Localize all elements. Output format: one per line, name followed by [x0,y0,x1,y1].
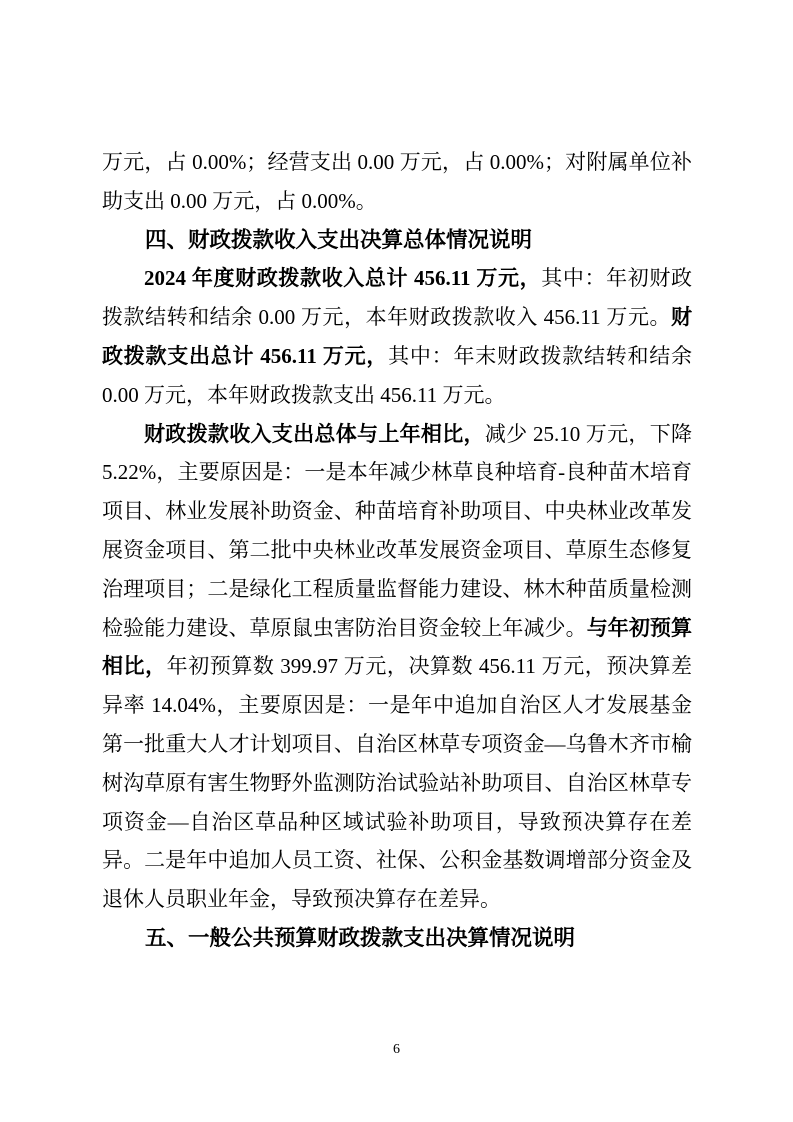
vs-last-year-bold-run: 财政拨款收入支出总体与上年相比， [144,422,485,446]
vs-budget-detail-run: 年初预算数 399.97 万元，决算数 456.11 万元，预决算差异率 14.… [102,654,692,911]
document-page: 万元，占 0.00%；经营支出 0.00 万元，占 0.00%；对附属单位补助支… [0,0,793,1122]
document-content: 万元，占 0.00%；经营支出 0.00 万元，占 0.00%；对附属单位补助支… [102,143,692,958]
carryover-text: 万元，占 0.00%；经营支出 0.00 万元，占 0.00%；对附属单位补助支… [102,150,692,213]
page-number: 6 [0,1042,793,1058]
heading-section-5: 五、一般公共预算财政拨款支出决算情况说明 [102,919,692,958]
paragraph-carryover: 万元，占 0.00%；经营支出 0.00 万元，占 0.00%；对附属单位补助支… [102,143,692,221]
heading-section-4: 四、财政拨款收入支出决算总体情况说明 [102,221,692,260]
paragraph-year-comparison: 财政拨款收入支出总体与上年相比，减少 25.10 万元，下降 5.22%，主要原… [102,415,692,919]
paragraph-fiscal-income-total: 2024 年度财政拨款收入总计 456.11 万元，其中：年初财政拨款结转和结余… [102,259,692,414]
vs-last-year-detail-run: 减少 25.10 万元，下降 5.22%，主要原因是：一是本年减少林草良种培育-… [102,422,692,640]
income-total-bold-run: 2024 年度财政拨款收入总计 456.11 万元， [144,266,541,290]
